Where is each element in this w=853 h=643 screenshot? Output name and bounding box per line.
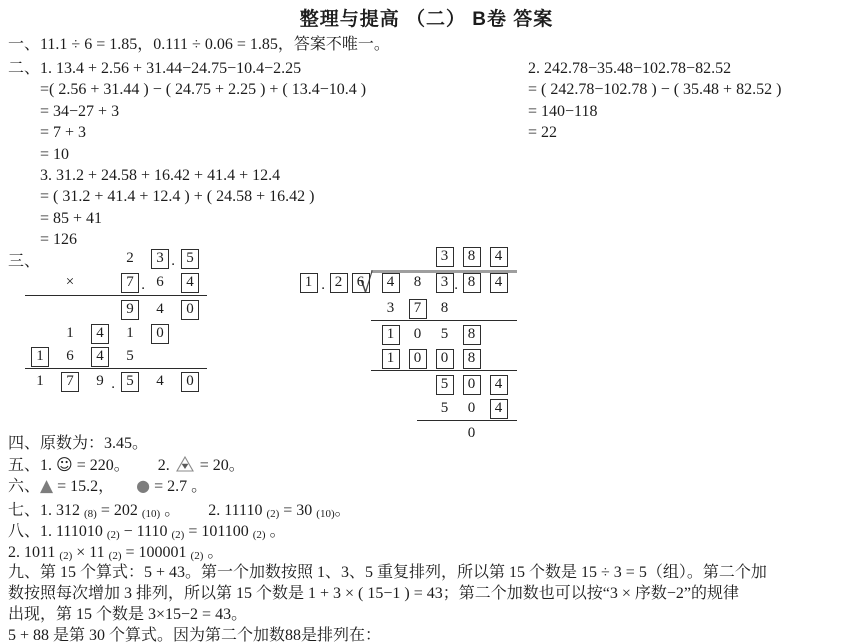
section-nine: 九、第 15 个算式：5 + 43。第一个加数按照 1、3、5 重复排列，所以第…	[8, 562, 853, 643]
calc-digit: 3.	[145, 248, 175, 269]
calc-digit: 1	[25, 346, 55, 367]
calc-digit: 6	[351, 272, 370, 293]
section-one-label: 一、	[8, 36, 40, 53]
division-long-form: √ 3841.26483.84378105810085045040	[295, 244, 525, 446]
work-line: 3. 31.2 + 24.58 + 16.42 + 41.4 + 12.4	[8, 165, 366, 186]
paragraph-line: 出现，第 15 个数是 3×15−2 = 43。	[8, 604, 853, 625]
calc-digit: 5	[115, 346, 145, 367]
base-subscript: (2)	[172, 529, 185, 541]
section-four-text: 原数为：3.45。	[40, 435, 148, 452]
paragraph-line: 九、第 15 个算式：5 + 43。第一个加数按照 1、3、5 重复排列，所以第…	[8, 562, 853, 583]
calc-digit: 5	[431, 398, 458, 419]
conversion-text: = 202	[97, 502, 142, 519]
section-four-label: 四、	[8, 435, 40, 452]
section-one-text: 11.1 ÷ 6 = 1.85，0.111 ÷ 0.06 = 1.85，答案不唯…	[40, 36, 390, 53]
calc-digit: 5	[175, 248, 205, 269]
conversion-text: 。	[160, 502, 180, 519]
work-line: = 85 + 41	[8, 208, 366, 229]
calc-digit: 5	[115, 371, 145, 392]
paragraph-line: 5 + 88 是第 30 个算式。因为第二个加数88是排列在：	[8, 625, 853, 643]
calc-digit: 4	[485, 246, 512, 267]
section-six: 六、▲ = 15.2，● = 2.7 。	[8, 475, 245, 496]
calc-digit: 9	[115, 299, 145, 320]
calc-digit: 4	[85, 346, 115, 367]
calc-digit: 5	[431, 374, 458, 395]
page-title: 整理与提高 （二） B卷 答案	[0, 4, 853, 31]
calc-digit: ×	[55, 272, 85, 293]
calc-digit: 8	[458, 324, 485, 345]
calc-digit: 3	[377, 298, 404, 319]
calc-digit: 4	[377, 272, 404, 293]
conversion-text: = 101100	[184, 523, 252, 540]
item-number: 1.	[40, 457, 56, 474]
item-value: = 220。	[73, 457, 130, 474]
conversion-text: 2. 11110	[208, 502, 266, 519]
work-line: = ( 242.78−102.78 ) − ( 35.48 + 82.52 )	[528, 79, 781, 100]
decimal-point: .	[321, 277, 325, 294]
calc-digit: 0	[431, 348, 458, 369]
section-five: 五、1. ☺ = 220。2. = 20。	[8, 454, 245, 475]
calc-rule	[417, 420, 517, 421]
calc-digit: 1	[377, 324, 404, 345]
section-seven-eight: 七、1. 312 (8) = 202 (10) 。2. 11110 (2) = …	[8, 500, 351, 563]
base-subscript: (8)	[84, 508, 97, 520]
conversion-text: 1. 111010	[40, 523, 107, 540]
base-subscript: (2)	[253, 529, 266, 541]
conversion-text: 。	[335, 502, 351, 519]
calc-digit: 1	[115, 323, 145, 344]
calc-digit: 0	[458, 374, 485, 395]
section-two-right: 2. 242.78−35.48−102.78−82.52 = ( 242.78−…	[528, 58, 781, 144]
calc-rule	[371, 320, 517, 321]
item-number: 2.	[158, 457, 174, 474]
calc-rule	[25, 368, 207, 369]
calc-digit: 7	[55, 371, 85, 392]
calc-digit: 2	[115, 248, 145, 269]
section-eight-line2: 2. 1011 (2) × 11 (2) = 100001 (2) 。	[8, 542, 351, 563]
section-eight-label: 八、	[8, 523, 40, 540]
section-two-label: 二、	[8, 60, 40, 77]
calc-digit: 0	[404, 348, 431, 369]
work-line: 二、1. 13.4 + 2.56 + 31.44−24.75−10.4−2.25	[8, 58, 366, 79]
calc-digit: 8	[404, 272, 431, 293]
work-line: = 22	[528, 122, 781, 143]
paragraph-line: 数按照每次增加 3 排列，所以第 15 个数是 1 + 3 × ( 15−1 )…	[8, 583, 853, 604]
section-seven-label: 七、	[8, 502, 40, 519]
conversion-text: 。	[266, 523, 286, 540]
section-seven: 七、1. 312 (8) = 202 (10) 。2. 11110 (2) = …	[8, 500, 351, 521]
work-line: = 140−118	[528, 101, 781, 122]
calc-rule	[25, 295, 207, 296]
calc-digit: 1.	[299, 272, 318, 293]
calc-digit: 6	[55, 346, 85, 367]
answer-sheet-page: 整理与提高 （二） B卷 答案 一、11.1 ÷ 6 = 1.85，0.111 …	[0, 0, 853, 643]
filled-circle-icon: ●	[136, 476, 150, 495]
section-four-five-six: 四、原数为：3.45。 五、1. ☺ = 220。2. = 20。 六、▲ = …	[8, 433, 245, 496]
calc-digit: 0	[458, 423, 485, 444]
calc-digit: 0	[404, 324, 431, 345]
filled-triangle-icon: ▲	[40, 476, 53, 496]
work-line: = 7 + 3	[8, 122, 366, 143]
calc-rule	[371, 370, 517, 371]
multiplication-long-form: 23.5×7.6494014101645179.540	[25, 246, 211, 396]
conversion-text: = 30	[279, 502, 316, 519]
work-line: =( 2.56 + 31.44 ) − ( 24.75 + 2.25 ) + (…	[8, 79, 366, 100]
calc-digit: 8	[458, 348, 485, 369]
conversion-text: × 11	[72, 544, 108, 561]
calc-digit: 4	[485, 398, 512, 419]
section-five-label: 五、	[8, 457, 40, 474]
calc-digit: 1	[25, 371, 55, 392]
calc-digit: 4	[85, 323, 115, 344]
section-two-left: 二、1. 13.4 + 2.56 + 31.44−24.75−10.4−2.25…	[8, 58, 366, 251]
calc-digit: 4	[485, 272, 512, 293]
base-subscript: (2)	[109, 550, 122, 562]
conversion-text: = 100001	[122, 544, 191, 561]
base-subscript: (2)	[107, 529, 120, 541]
calc-digit: 9.	[85, 371, 115, 392]
item-value: = 2.7 。	[150, 478, 207, 495]
calc-digit: 7.	[115, 272, 145, 293]
calc-digit: 0	[458, 398, 485, 419]
calc-digit: 1	[377, 348, 404, 369]
triangle-with-inner-triangle-icon	[176, 456, 194, 472]
section-six-label: 六、	[8, 478, 40, 495]
calc-digit: 0	[145, 323, 175, 344]
calc-digit: 8	[458, 246, 485, 267]
calc-digit: 4	[485, 374, 512, 395]
work-line: = 34−27 + 3	[8, 101, 366, 122]
calc-digit: 0	[175, 299, 205, 320]
item-value: = 15.2，	[53, 478, 114, 495]
calc-digit: 1	[55, 323, 85, 344]
conversion-text: 2. 1011	[8, 544, 59, 561]
work-line: = 10	[8, 144, 366, 165]
calc-digit: 3.	[431, 272, 458, 293]
calc-digit: 0	[175, 371, 205, 392]
base-subscript: (2)	[59, 550, 72, 562]
calc-digit: 7	[404, 298, 431, 319]
base-subscript: (2)	[266, 508, 279, 520]
base-subscript: (10)	[316, 508, 334, 520]
calc-digit: 4	[145, 299, 175, 320]
calc-digit: 4	[175, 272, 205, 293]
section-four: 四、原数为：3.45。	[8, 433, 245, 454]
calc-digit: 6	[145, 272, 175, 293]
base-subscript: (10)	[142, 508, 160, 520]
section-eight-line1: 八、1. 111010 (2) − 1110 (2) = 101100 (2) …	[8, 521, 351, 542]
calc-digit: 8	[458, 272, 485, 293]
item-value: = 20。	[196, 457, 245, 474]
calc-digit: 8	[431, 298, 458, 319]
smiley-face-icon: ☺	[56, 455, 73, 474]
conversion-text: 1. 312	[40, 502, 84, 519]
conversion-text: − 1110	[120, 523, 172, 540]
work-line: = ( 31.2 + 41.4 + 12.4 ) + ( 24.58 + 16.…	[8, 186, 366, 207]
work-line-text: 1. 13.4 + 2.56 + 31.44−24.75−10.4−2.25	[40, 60, 301, 77]
base-subscript: (2)	[191, 550, 204, 562]
work-line: 2. 242.78−35.48−102.78−82.52	[528, 58, 781, 79]
conversion-text: 。	[203, 544, 223, 561]
calc-digit: 5	[431, 324, 458, 345]
section-one: 一、11.1 ÷ 6 = 1.85，0.111 ÷ 0.06 = 1.85，答案…	[8, 34, 390, 55]
calc-digit: 3	[431, 246, 458, 267]
calc-digit: 4	[145, 371, 175, 392]
calc-digit: 2	[329, 272, 348, 293]
